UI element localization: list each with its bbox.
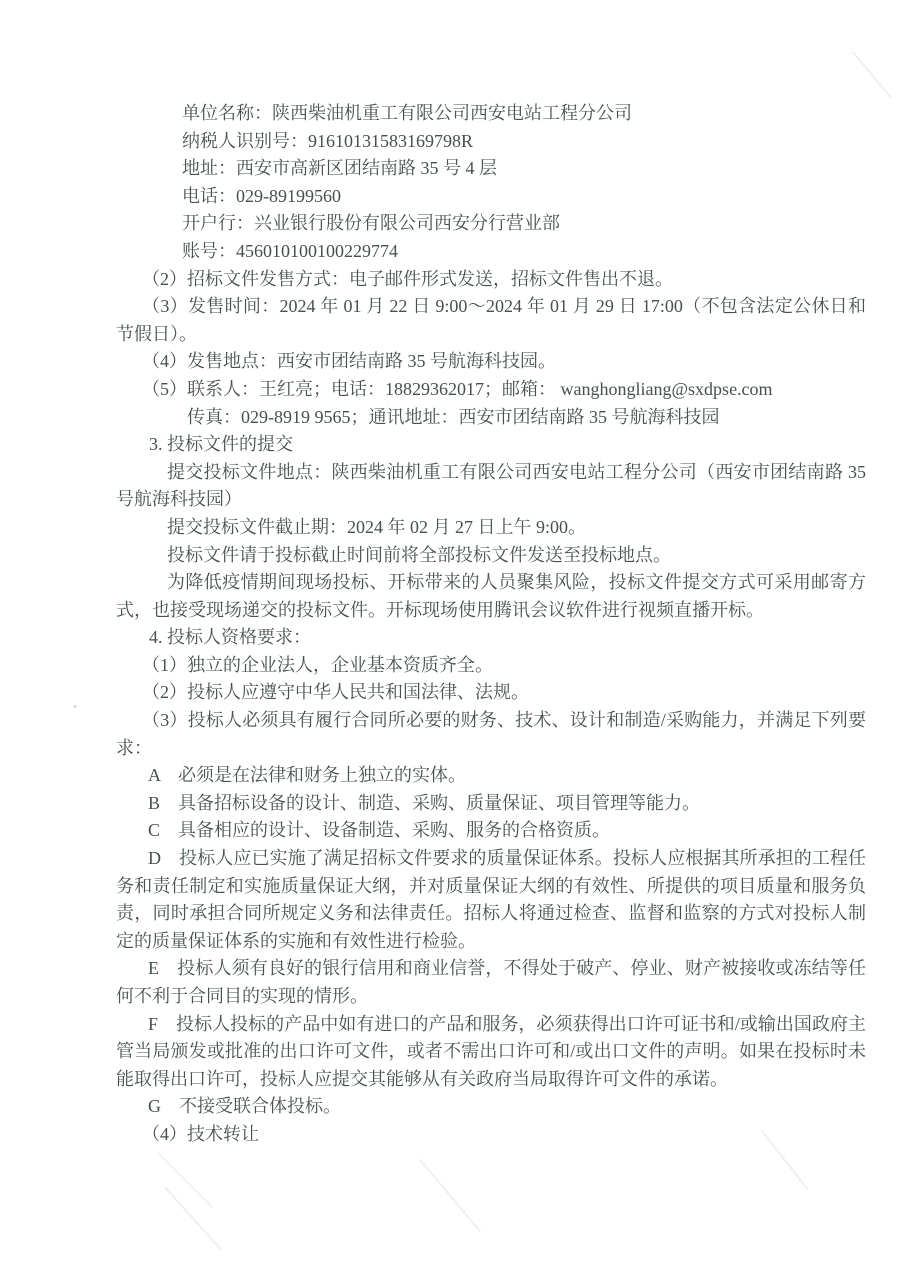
qualification-item-3: （3）投标人必须具有履行合同所必要的财务、技术、设计和制造/采购能力，并满足下列…: [116, 707, 866, 762]
submission-place-paragraph: 提交投标文件地点：陕西柴油机重工有限公司西安电站工程分公司（西安市团结南路 35…: [116, 459, 866, 514]
release-method-item: （2）招标文件发售方式：电子邮件形式发送，招标文件售出不退。: [116, 266, 866, 294]
qualification-req-c: C 具备相应的设计、设备制造、采购、服务的合格资质。: [116, 817, 866, 845]
issuer-info-section: 单位名称：陕西柴油机重工有限公司西安电站工程分公司 纳税人识别号：9161013…: [116, 100, 866, 266]
issuer-address: 地址：西安市高新区团结南路 35 号 4 层: [116, 155, 866, 183]
issuer-bank: 开户行：兴业银行股份有限公司西安分行营业部: [116, 210, 866, 238]
scan-streak: [157, 1152, 214, 1209]
qualification-req-d: D 投标人应已实施了满足招标文件要求的质量保证体系。投标人应根据其所承担的工程任…: [116, 845, 866, 955]
submission-deadline-paragraph: 提交投标文件截止期：2024 年 02 月 27 日上午 9:00。: [116, 514, 866, 542]
qualification-item-4: （4）技术转让: [116, 1121, 866, 1149]
qualification-req-b: B 具备招标设备的设计、制造、采购、质量保证、项目管理等能力。: [116, 790, 866, 818]
submission-send-note-paragraph: 投标文件请于投标截止时间前将全部投标文件发送至投标地点。: [116, 542, 866, 570]
submission-section: 3. 投标文件的提交 提交投标文件地点：陕西柴油机重工有限公司西安电站工程分公司…: [116, 431, 866, 624]
scan-speck: [73, 705, 77, 708]
submission-section-title: 3. 投标文件的提交: [116, 431, 866, 459]
tender-release-section: （2）招标文件发售方式：电子邮件形式发送，招标文件售出不退。 （3）发售时间：2…: [116, 266, 866, 432]
scanned-document-page: 单位名称：陕西柴油机重工有限公司西安电站工程分公司 纳税人识别号：9161013…: [0, 0, 904, 1280]
release-place-item: （4）发售地点：西安市团结南路 35 号航海科技园。: [116, 348, 866, 376]
issuer-phone: 电话：029-89199560: [116, 183, 866, 211]
issuer-account: 账号：456010100100229774: [116, 238, 866, 266]
qualification-req-a: A 必须是在法律和财务上独立的实体。: [116, 762, 866, 790]
release-fax-line: 传真：029-8919 9565；通讯地址：西安市团结南路 35 号航海科技园: [116, 404, 866, 432]
qualification-section-title: 4. 投标人资格要求：: [116, 624, 866, 652]
issuer-taxpayer-id: 纳税人识别号：91610131583169798R: [116, 128, 866, 156]
issuer-unit-name: 单位名称：陕西柴油机重工有限公司西安电站工程分公司: [116, 100, 866, 128]
release-time-item: （3）发售时间：2024 年 01 月 22 日 9:00～2024 年 01 …: [116, 293, 866, 348]
qualification-req-g: G 不接受联合体投标。: [116, 1093, 866, 1121]
qualification-item-2: （2）投标人应遵守中华人民共和国法律、法规。: [116, 679, 866, 707]
release-contact-item: （5）联系人：王红亮；电话：18829362017；邮箱： wanghongli…: [116, 376, 866, 404]
qualification-item-1: （1）独立的企业法人，企业基本资质齐全。: [116, 652, 866, 680]
qualification-req-e: E 投标人须有良好的银行信用和商业信誉，不得处于破产、停业、财产被接收或冻结等任…: [116, 955, 866, 1010]
qualification-section: 4. 投标人资格要求： （1）独立的企业法人，企业基本资质齐全。 （2）投标人应…: [116, 624, 866, 1148]
scan-streak: [852, 51, 892, 98]
submission-covid-note-paragraph: 为降低疫情期间现场投标、开标带来的人员聚集风险，投标文件提交方式可采用邮寄方式，…: [116, 569, 866, 624]
qualification-req-f: F 投标人投标的产品中如有进口的产品和服务，必须获得出口许可证书和/或输出国政府…: [116, 1011, 866, 1094]
scan-streak: [419, 1158, 482, 1232]
document-body: 单位名称：陕西柴油机重工有限公司西安电站工程分公司 纳税人识别号：9161013…: [116, 100, 866, 1149]
scan-streak: [164, 1186, 222, 1251]
